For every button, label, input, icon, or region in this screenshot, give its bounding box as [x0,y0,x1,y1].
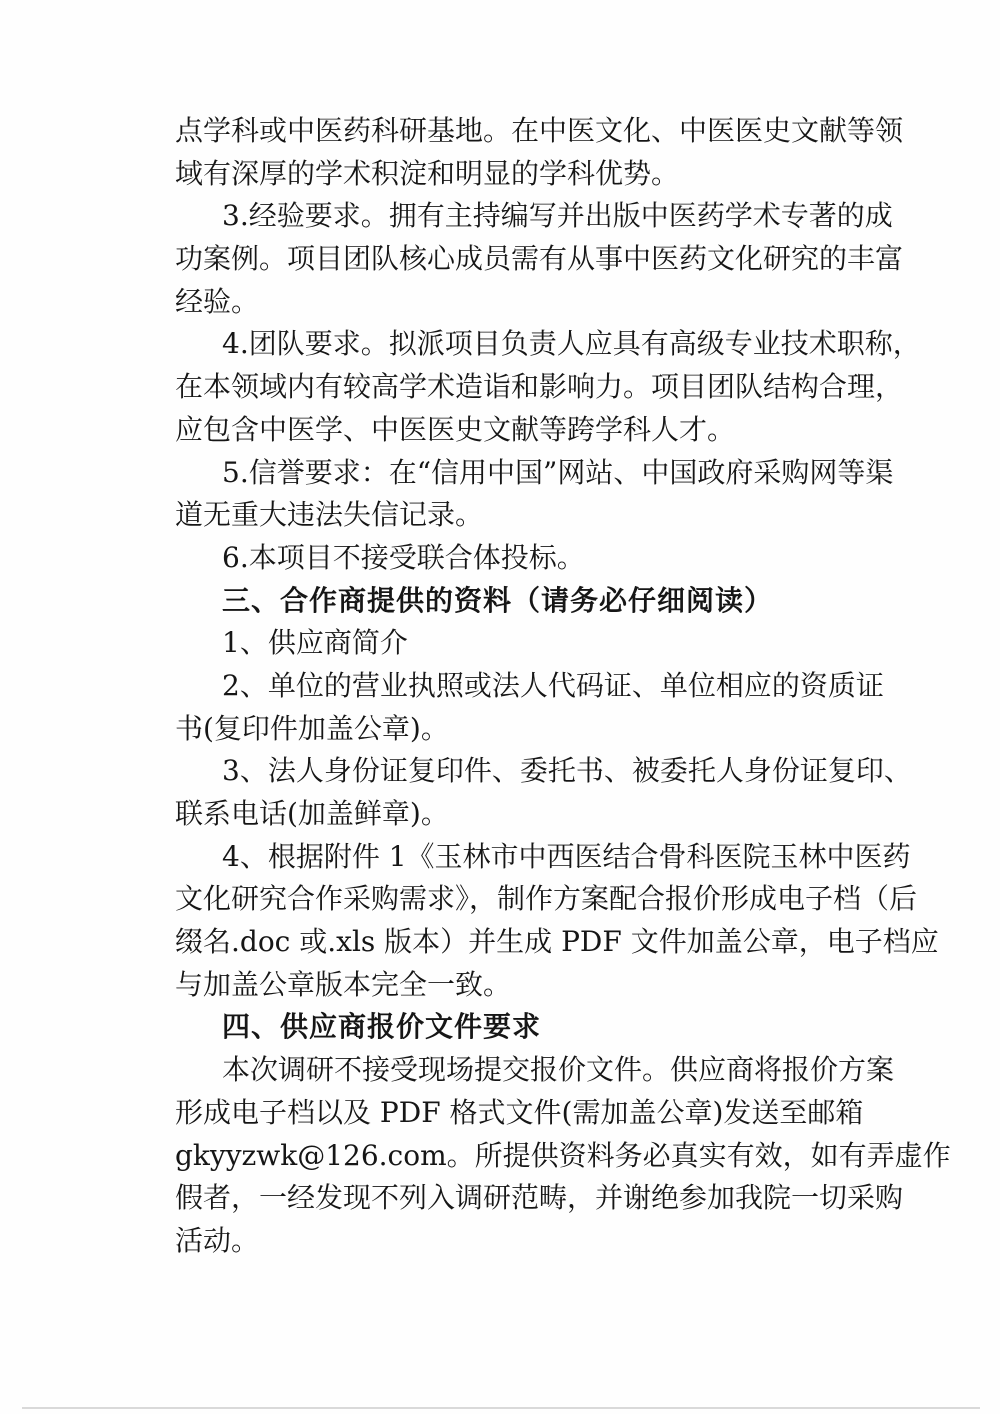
scan-edge-divider [22,1407,980,1409]
experience-requirement-line: 功案例。项目团队核心成员需有从事中医药文化研究的丰富 [175,238,851,281]
experience-requirement-line: 经验。 [175,281,851,324]
materials-item-line: 缀名.doc 或.xls 版本）并生成 PDF 文件加盖公章，电子档应 [175,921,851,964]
submission-line: 形成电子档以及 PDF 格式文件(需加盖公章)发送至邮箱 [175,1092,851,1135]
materials-item-line: 4、根据附件 1《玉林市中西医结合骨科医院玉林中医药 [175,836,851,879]
submission-line: 活动。 [175,1220,851,1263]
materials-item-line: 3、法人身份证复印件、委托书、被委托人身份证复印、 [175,750,851,793]
team-requirement-line: 在本领域内有较高学术造诣和影响力。项目团队结构合理， [175,366,851,409]
materials-item-line: 与加盖公章版本完全一致。 [175,964,851,1007]
submission-line: 假者，一经发现不列入调研范畴，并谢绝参加我院一切采购 [175,1177,851,1220]
document-body: 点学科或中医药科研基地。在中医文化、中医医史文献等领 域有深厚的学术积淀和明显的… [175,110,851,1263]
materials-item-line: 文化研究合作采购需求》，制作方案配合报价形成电子档（后 [175,878,851,921]
materials-item-line: 1、供应商简介 [175,622,851,665]
materials-item-line: 2、单位的营业执照或法人代码证、单位相应的资质证 [175,665,851,708]
materials-item-line: 书(复印件加盖公章)。 [175,708,851,751]
paragraph-line: 域有深厚的学术积淀和明显的学科优势。 [175,153,851,196]
team-requirement-line: 应包含中医学、中医医史文献等跨学科人才。 [175,409,851,452]
section-heading-quotation: 四、供应商报价文件要求 [175,1006,851,1049]
materials-item-line: 联系电话(加盖鲜章)。 [175,793,851,836]
consortium-requirement-line: 6.本项目不接受联合体投标。 [175,537,851,580]
submission-line-email: gkyyzwk@126.com。所提供资料务必真实有效，如有弄虚作 [175,1135,851,1178]
section-heading-materials: 三、合作商提供的资料（请务必仔细阅读） [175,580,851,623]
paragraph-line: 点学科或中医药科研基地。在中医文化、中医医史文献等领 [175,110,851,153]
credit-requirement-line: 5.信誉要求：在“信用中国”网站、中国政府采购网等渠 [175,452,851,495]
submission-line: 本次调研不接受现场提交报价文件。供应商将报价方案 [175,1049,851,1092]
experience-requirement-line: 3.经验要求。拥有主持编写并出版中医药学术专著的成 [175,195,851,238]
credit-requirement-line: 道无重大违法失信记录。 [175,494,851,537]
document-page: 点学科或中医药科研基地。在中医文化、中医医史文献等领 域有深厚的学术积淀和明显的… [0,0,1000,1414]
team-requirement-line: 4.团队要求。拟派项目负责人应具有高级专业技术职称， [175,323,851,366]
